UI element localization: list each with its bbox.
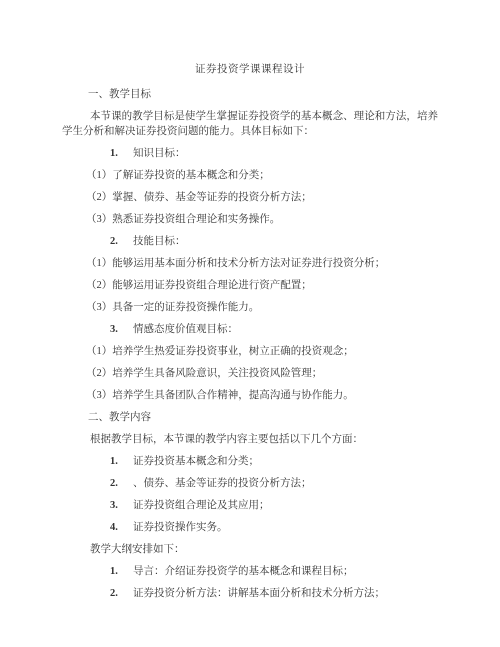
goal-3-label: 情感态度价值观目标： — [133, 324, 238, 335]
document-page: 证券投资学课课程设计 一、教学目标 本节课的教学目标是使学生掌握证券投资学的基本… — [0, 0, 500, 647]
goal-3-item-1: （1）培养学生热爱证券投资事业，树立正确的投资观念； — [62, 344, 438, 359]
content-item-3-number: 3. — [110, 498, 133, 513]
outline-item-2: 2.证券投资分析方法：讲解基本面分析和技术分析方法； — [62, 586, 438, 601]
goal-2-number: 2. — [110, 234, 133, 249]
goal-2-heading: 2.技能目标： — [62, 234, 438, 249]
goal-2-item-1: （1）能够运用基本面分析和技术分析方法对证券进行投资分析； — [62, 256, 438, 271]
outline-item-1-number: 1. — [110, 564, 133, 579]
content-item-1-text: 证券投资基本概念和分类； — [133, 456, 259, 467]
goal-2-item-2: （2）能够运用证券投资组合理论进行资产配置； — [62, 278, 438, 293]
goal-2-item-3: （3）具备一定的证券投资操作能力。 — [62, 300, 438, 315]
document-body: { "page": { "background": "#ffffff", "te… — [0, 0, 500, 647]
outline-item-1: 1.导言：介绍证券投资学的基本概念和课程目标； — [62, 564, 438, 579]
content-item-2: 2.、债券、基金等证券的投资分析方法； — [62, 476, 438, 491]
outline-item-2-number: 2. — [110, 586, 133, 601]
section-2-heading: 二、教学内容 — [62, 410, 438, 425]
outline-item-1-text: 导言：介绍证券投资学的基本概念和课程目标； — [133, 566, 354, 577]
content-item-2-number: 2. — [110, 476, 133, 491]
goal-1-item-2: （2）掌握、债券、基金等证券的投资分析方法； — [62, 190, 438, 205]
outline-intro-paragraph: 教学大纲安排如下： — [62, 542, 438, 557]
document-title: 证券投资学课课程设计 — [62, 62, 438, 77]
goal-1-number: 1. — [110, 146, 133, 161]
section-1-heading: 一、教学目标 — [62, 87, 438, 102]
goal-1-item-3: （3）熟悉证券投资组合理论和实务操作。 — [62, 212, 438, 227]
content-item-1: 1.证券投资基本概念和分类； — [62, 454, 438, 469]
content-item-4-number: 4. — [110, 520, 133, 535]
content-item-2-text: 、债券、基金等证券的投资分析方法； — [133, 478, 312, 489]
content-item-4: 4.证券投资操作实务。 — [62, 520, 438, 535]
goal-3-item-3: （3）培养学生具备团队合作精神，提高沟通与协作能力。 — [62, 388, 438, 403]
goal-3-heading: 3.情感态度价值观目标： — [62, 322, 438, 337]
section-2-intro-paragraph: 根据教学目标，本节课的教学内容主要包括以下几个方面： — [62, 432, 438, 447]
content-item-3-text: 证券投资组合理论及其应用； — [133, 500, 270, 511]
goal-1-label: 知识目标： — [133, 148, 186, 159]
goal-1-heading: 1.知识目标： — [62, 146, 438, 161]
content-item-3: 3.证券投资组合理论及其应用； — [62, 498, 438, 513]
section-1-intro-paragraph: 本节课的教学目标是使学生掌握证券投资学的基本概念、理论和方法，培养学生分析和解决… — [62, 109, 438, 139]
goal-2-label: 技能目标： — [133, 236, 186, 247]
goal-3-number: 3. — [110, 322, 133, 337]
content-item-1-number: 1. — [110, 454, 133, 469]
content-item-4-text: 证券投资操作实务。 — [133, 522, 228, 533]
goal-3-item-2: （2）培养学生具备风险意识，关注投资风险管理； — [62, 366, 438, 381]
outline-item-2-text: 证券投资分析方法：讲解基本面分析和技术分析方法； — [133, 588, 385, 599]
goal-1-item-1: （1）了解证券投资的基本概念和分类； — [62, 168, 438, 183]
